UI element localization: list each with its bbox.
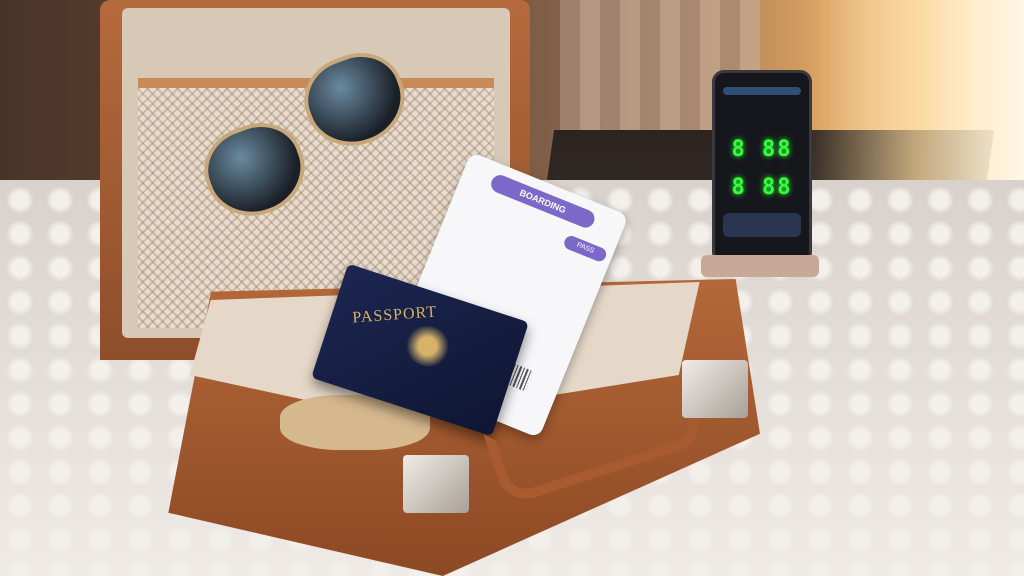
left-lens — [193, 111, 318, 230]
phone-controls — [723, 213, 801, 237]
boarding-pass-tag: PASS — [562, 234, 608, 263]
passport-title: PASSPORT — [352, 304, 438, 328]
phone-dock — [701, 255, 819, 277]
right-latch — [682, 360, 748, 418]
left-latch — [403, 455, 469, 513]
eagle-emblem-icon — [400, 320, 456, 372]
smartphone: 8 88 8 88 — [712, 70, 812, 264]
aviator-sunglasses — [205, 55, 405, 225]
right-lens — [293, 41, 418, 160]
phone-status-bar — [723, 87, 801, 95]
phone-clock-display: 8 88 8 88 — [725, 131, 799, 207]
